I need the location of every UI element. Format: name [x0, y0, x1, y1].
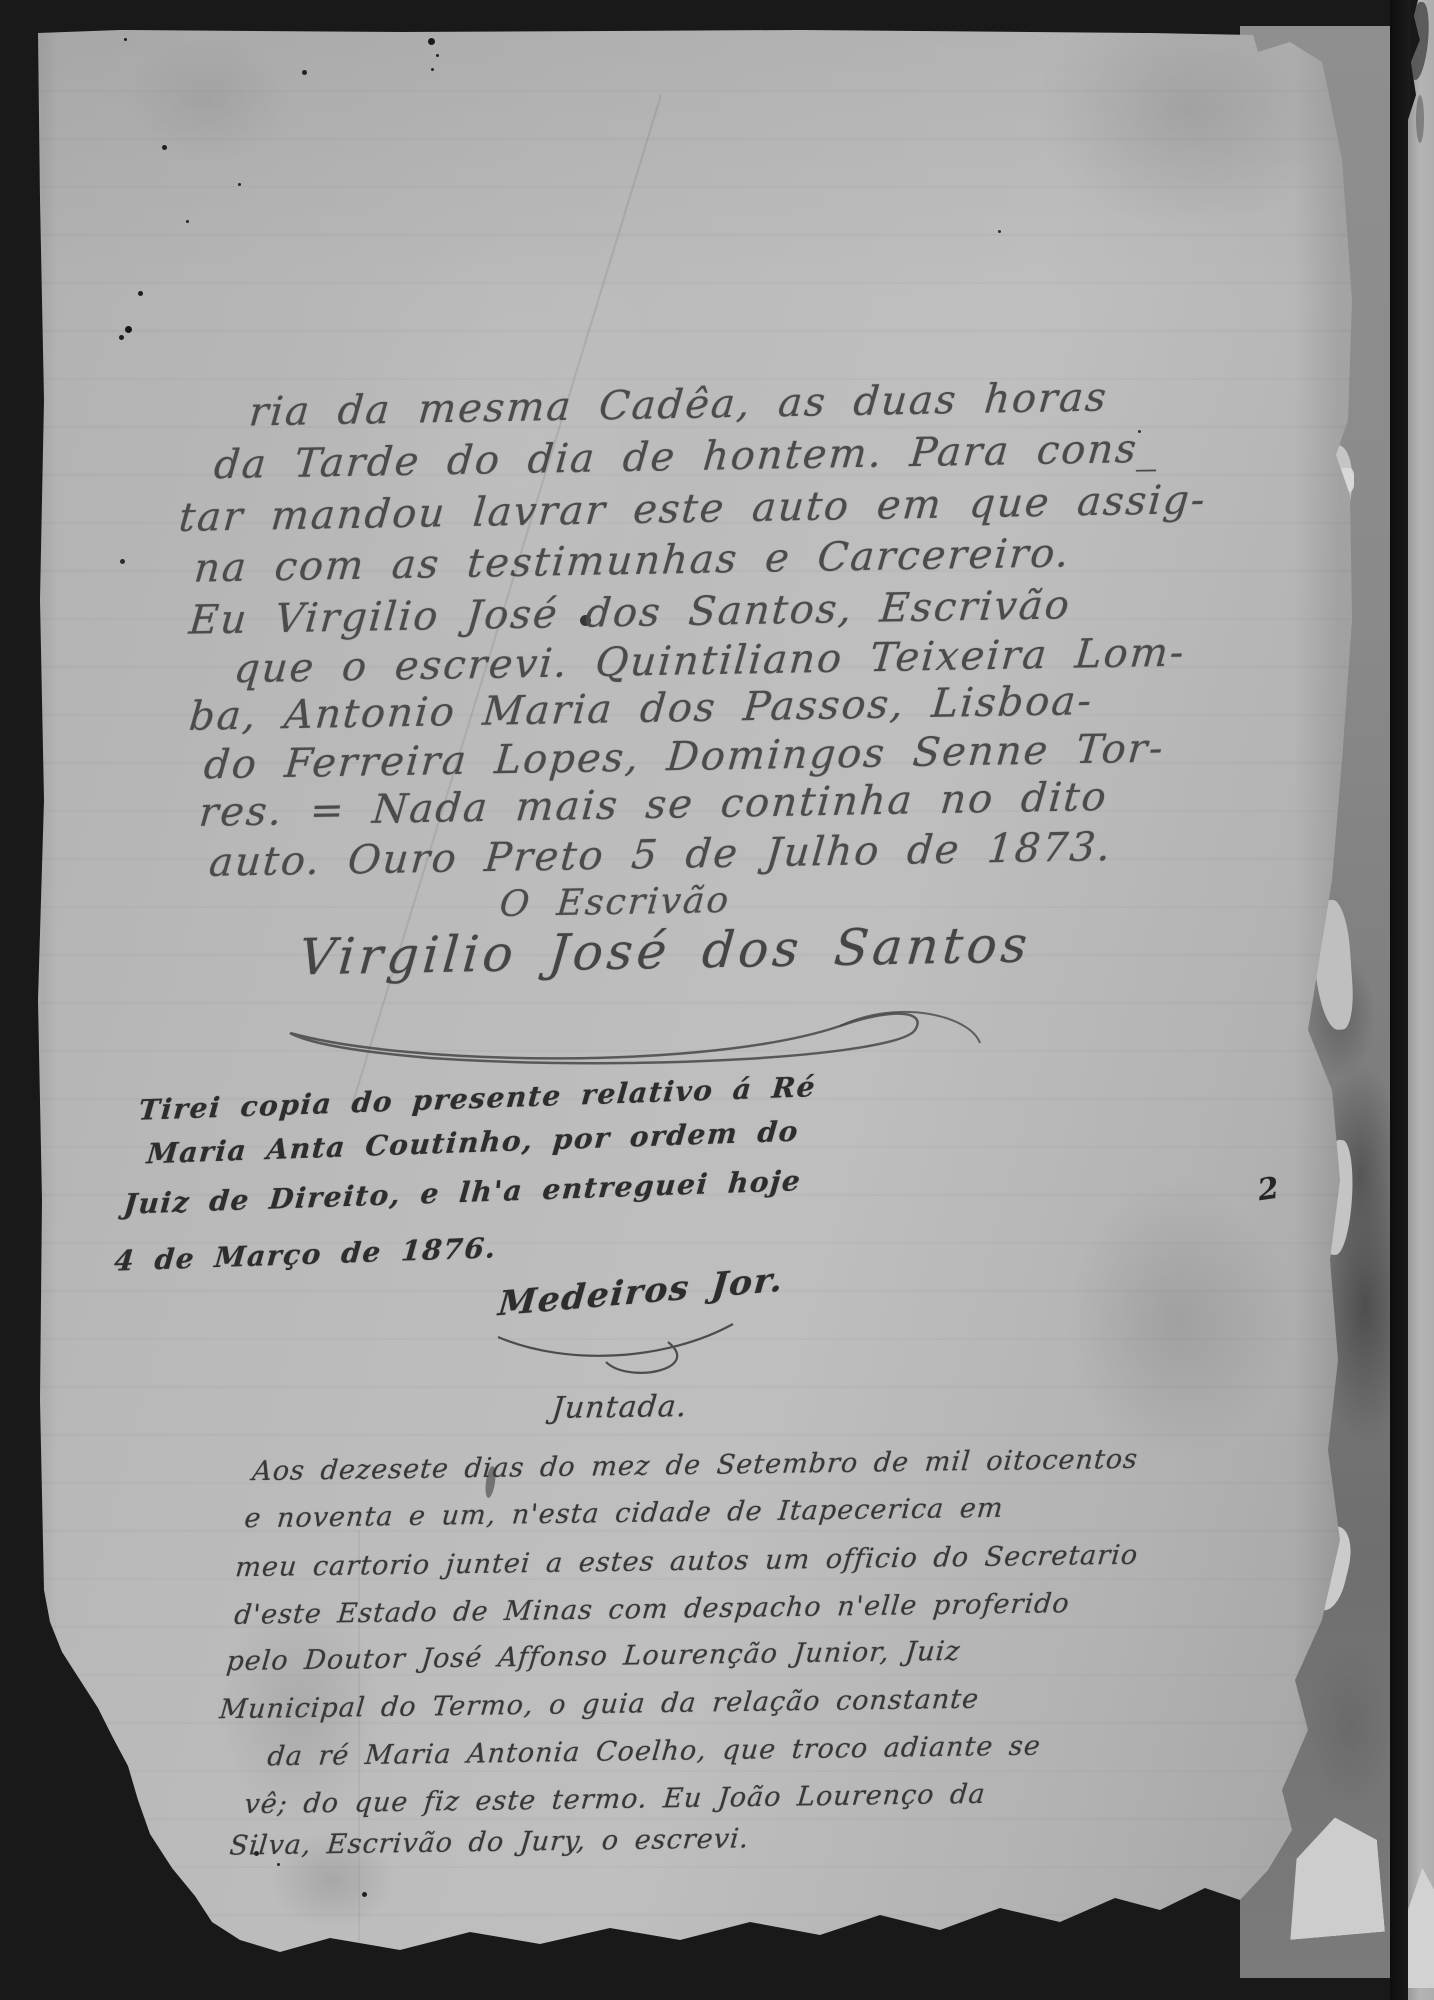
page-marker: 2: [1256, 1171, 1282, 1209]
torn-paper-fragment: [1408, 1868, 1434, 1988]
closing-role-line: O Escrivão: [498, 880, 732, 925]
scanned-document: ria da mesma Cadêa, as duas horas da Tar…: [0, 0, 1434, 2000]
book-gutter: [1390, 0, 1410, 2000]
signature-flourish: [478, 1312, 758, 1382]
manuscript-page: ria da mesma Cadêa, as duas horas da Tar…: [38, 30, 1354, 1975]
juntada-heading: Juntada.: [550, 1389, 689, 1426]
signature-flourish: [280, 988, 1000, 1068]
binding-stain: [1416, 95, 1424, 143]
adjacent-page-edge: [1408, 0, 1434, 2000]
ink-specks: [124, 38, 127, 41]
